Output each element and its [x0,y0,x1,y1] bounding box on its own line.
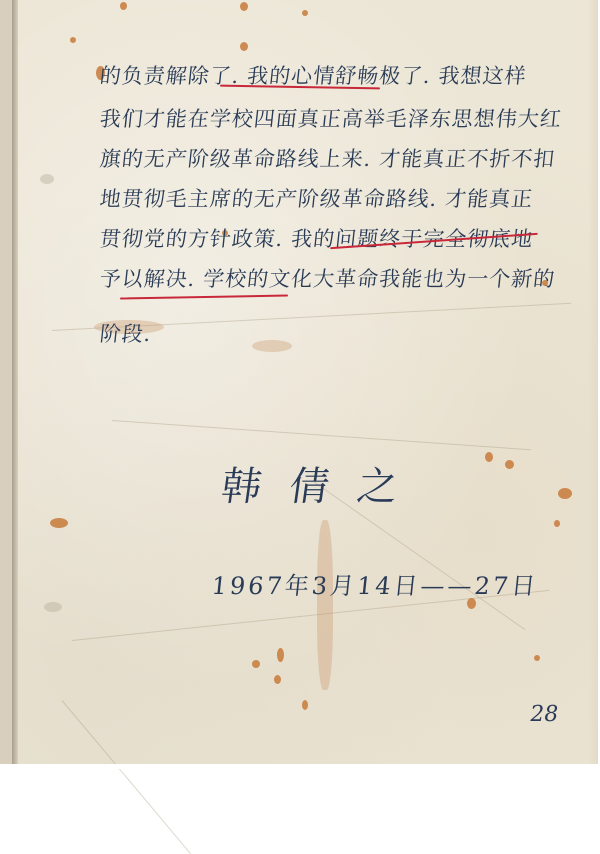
rust-stain [240,42,248,51]
body-line-2: 我们才能在学校四面真正高举毛泽东思想伟大红 [98,103,563,133]
rust-stain [302,700,308,710]
rust-stain [317,520,333,690]
body-line-7: 阶段. [98,318,153,348]
paper-crease [62,700,191,769]
rust-stain [277,648,284,662]
document-page: 的负责解除了. 我的心情舒畅极了. 我想这样 我们才能在学校四面真正高举毛泽东思… [0,0,598,764]
paper-tear [44,602,62,612]
rust-stain [274,675,281,684]
rust-stain [70,37,76,43]
page-left-edge [12,0,18,764]
rust-stain [554,520,560,527]
rust-stain [302,10,308,16]
rust-stain [534,655,540,661]
red-underline [120,295,288,300]
rust-stain [485,452,493,462]
body-line-3: 旗的无产阶级革命路线上来. 才能真正不折不扣 [98,143,557,173]
rust-stain [240,2,248,11]
rust-stain [50,518,68,528]
page-number: 28 [528,702,560,727]
page-right-edge [588,0,598,764]
paper-tear [40,174,54,184]
body-line-6: 予以解决. 学校的文化大革命我能也为一个新的 [98,263,557,293]
rust-stain [558,488,572,499]
body-line-4: 地贯彻毛主席的无产阶级革命路线. 才能真正 [98,183,535,213]
scan-bottom-margin [0,764,600,769]
paper-crease [112,420,531,450]
date: 1967年3月14日——27日 [210,566,540,601]
rust-stain [120,2,127,10]
rust-stain [252,340,292,352]
signature: 韩倩之 [218,455,430,512]
rust-stain [505,460,514,469]
rust-stain [252,660,260,668]
